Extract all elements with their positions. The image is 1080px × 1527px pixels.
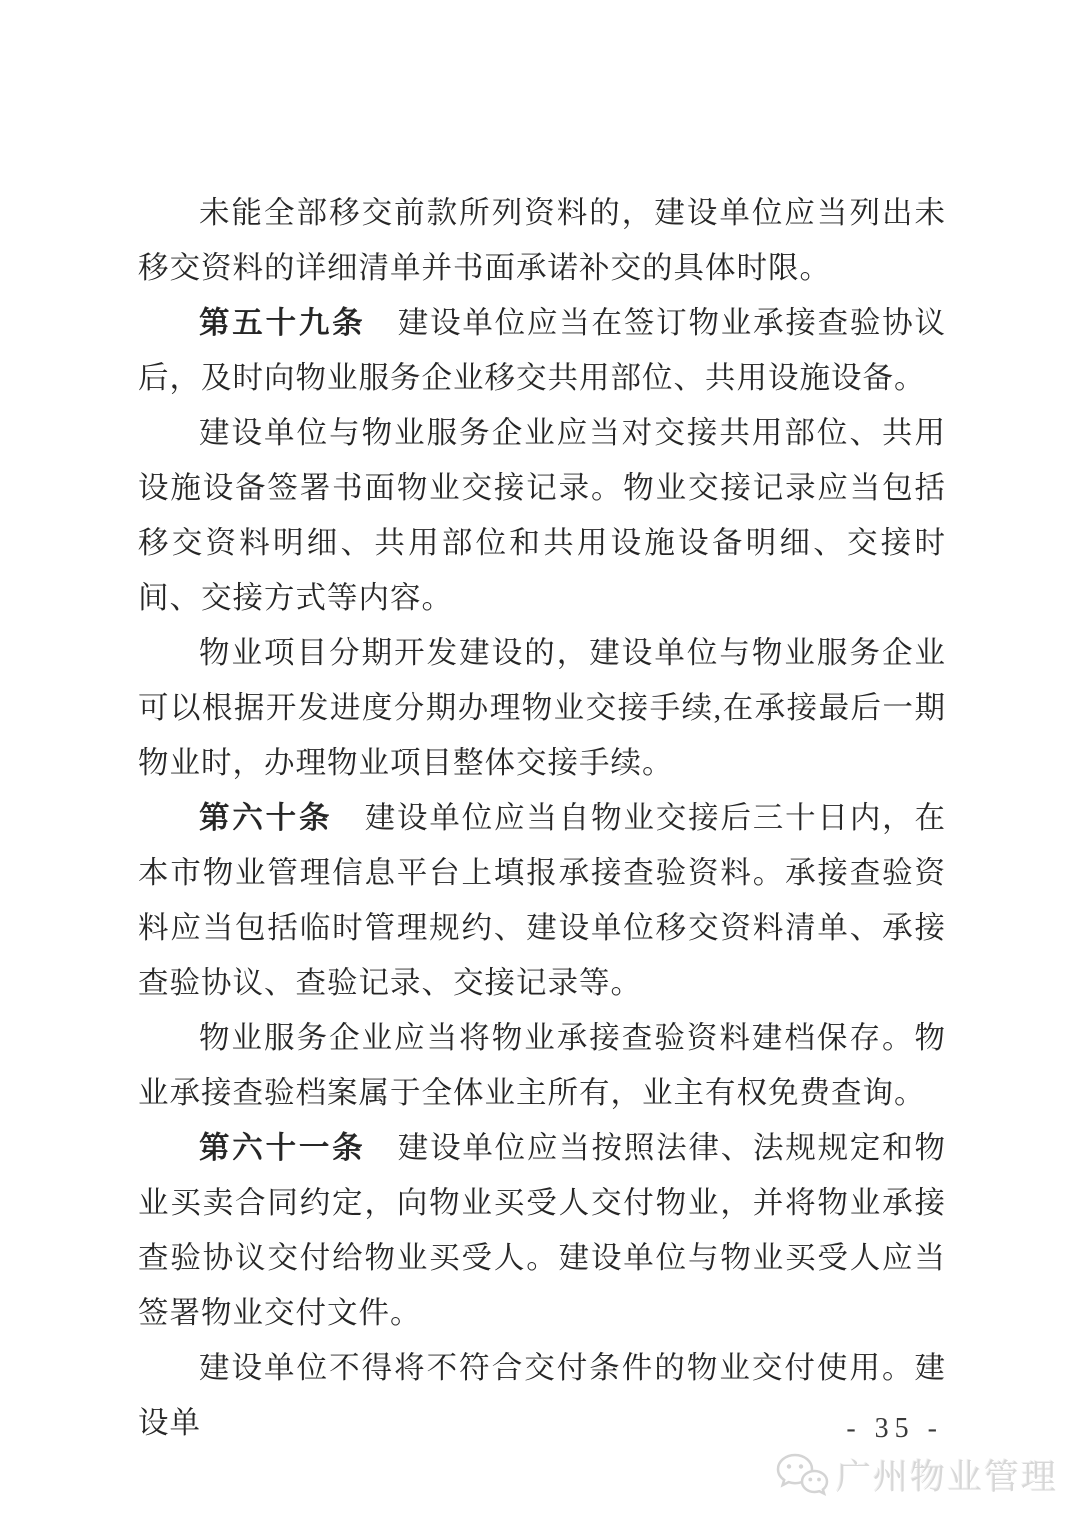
paragraph-article-61: 第六十一条 建设单位应当按照法律、法规规定和物业买卖合同约定，向物业买受人交付物… [138,1121,946,1341]
article-number: 第六十条 [199,801,332,835]
paragraph-text: 物业服务企业应当将物业承接查验资料建档保存。物业承接查验档案属于全体业主所有，业… [138,1021,946,1110]
document-page: 未能全部移交前款所列资料的，建设单位应当列出未移交资料的详细清单并书面承诺补交的… [0,0,1080,1527]
paragraph: 物业项目分期开发建设的，建设单位与物业服务企业可以根据开发进度分期办理物业交接手… [138,626,946,791]
article-number: 第六十一条 [199,1131,365,1165]
paragraph-text: 建设单位与物业服务企业应当对交接共用部位、共用设施设备签署书面物业交接记录。物业… [138,416,946,615]
article-number: 第五十九条 [199,306,365,340]
paragraph: 未能全部移交前款所列资料的，建设单位应当列出未移交资料的详细清单并书面承诺补交的… [138,186,946,296]
watermark-text: 广州物业管理 [836,1450,1058,1500]
paragraph: 建设单位不得将不符合交付条件的物业交付使用。建设单 [138,1341,946,1451]
paragraph: 物业服务企业应当将物业承接查验资料建档保存。物业承接查验档案属于全体业主所有，业… [138,1011,946,1121]
paragraph-article-59: 第五十九条 建设单位应当在签订物业承接查验协议后，及时向物业服务企业移交共用部位… [138,296,946,406]
paragraph-text: 建设单位不得将不符合交付条件的物业交付使用。建设单 [138,1351,946,1440]
paragraph-text: 物业项目分期开发建设的，建设单位与物业服务企业可以根据开发进度分期办理物业交接手… [138,636,946,780]
paragraph-text: 未能全部移交前款所列资料的，建设单位应当列出未移交资料的详细清单并书面承诺补交的… [138,196,946,285]
document-body: 未能全部移交前款所列资料的，建设单位应当列出未移交资料的详细清单并书面承诺补交的… [138,186,946,1451]
wechat-icon [774,1451,830,1499]
paragraph: 建设单位与物业服务企业应当对交接共用部位、共用设施设备签署书面物业交接记录。物业… [138,406,946,626]
paragraph-article-60: 第六十条 建设单位应当自物业交接后三十日内，在本市物业管理信息平台上填报承接查验… [138,791,946,1011]
watermark: 广州物业管理 [774,1450,1058,1500]
page-number: - 35 - [846,1413,943,1445]
